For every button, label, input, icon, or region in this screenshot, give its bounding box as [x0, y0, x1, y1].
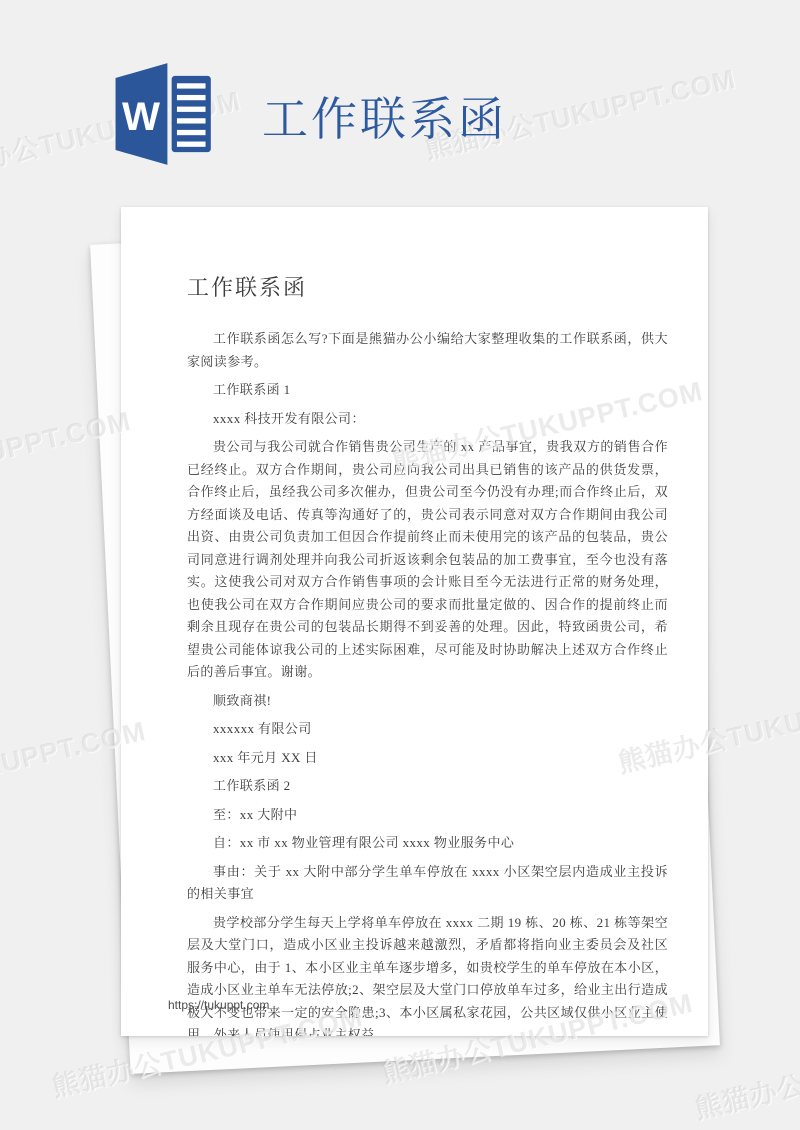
document-paragraph: 事由：关于 xx 大附中部分学生单车停放在 xxxx 小区架空层内造成业主投诉的… — [187, 861, 668, 906]
document-paragraph: 工作联系函 2 — [187, 775, 668, 798]
document-content: 工作联系函 工作联系函怎么写?下面是熊猫办公小编给大家整理收集的工作联系函，供大… — [121, 207, 708, 1036]
page-title: 工作联系函 — [262, 90, 507, 148]
document-paragraph: 顺致商祺! — [187, 690, 668, 713]
document-paragraph: xxx 年元月 XX 日 — [187, 747, 668, 770]
document-paragraph: 至：xx 大附中 — [187, 804, 668, 827]
document-paragraph: 贵公司与我公司就合作销售贵公司生产的 xx 产品事宜，贵我双方的销售合作已经终止… — [187, 436, 668, 684]
document-paragraph: 工作联系函怎么写?下面是熊猫办公小编给大家整理收集的工作联系函，供大家阅读参考。 — [187, 328, 668, 373]
document-title: 工作联系函 — [187, 271, 668, 302]
header: W 工作联系函 — [0, 0, 800, 200]
footer-url: https://tukuppt.com — [168, 998, 269, 1012]
document-paragraph: xxxxxx 有限公司 — [187, 718, 668, 741]
document-paragraph: 贵学校部分学生每天上学将单车停放在 xxxx 二期 19 栋、20 栋、21 栋… — [187, 912, 668, 1037]
document-paragraph: 工作联系函 1 — [187, 379, 668, 402]
document-page: 工作联系函 工作联系函怎么写?下面是熊猫办公小编给大家整理收集的工作联系函，供大… — [121, 207, 708, 1036]
word-icon: W — [106, 60, 214, 168]
document-paragraph: 自：xx 市 xx 物业管理有限公司 xxxx 物业服务中心 — [187, 832, 668, 855]
svg-text:W: W — [122, 94, 160, 139]
document-paragraph: xxxx 科技开发有限公司： — [187, 408, 668, 431]
